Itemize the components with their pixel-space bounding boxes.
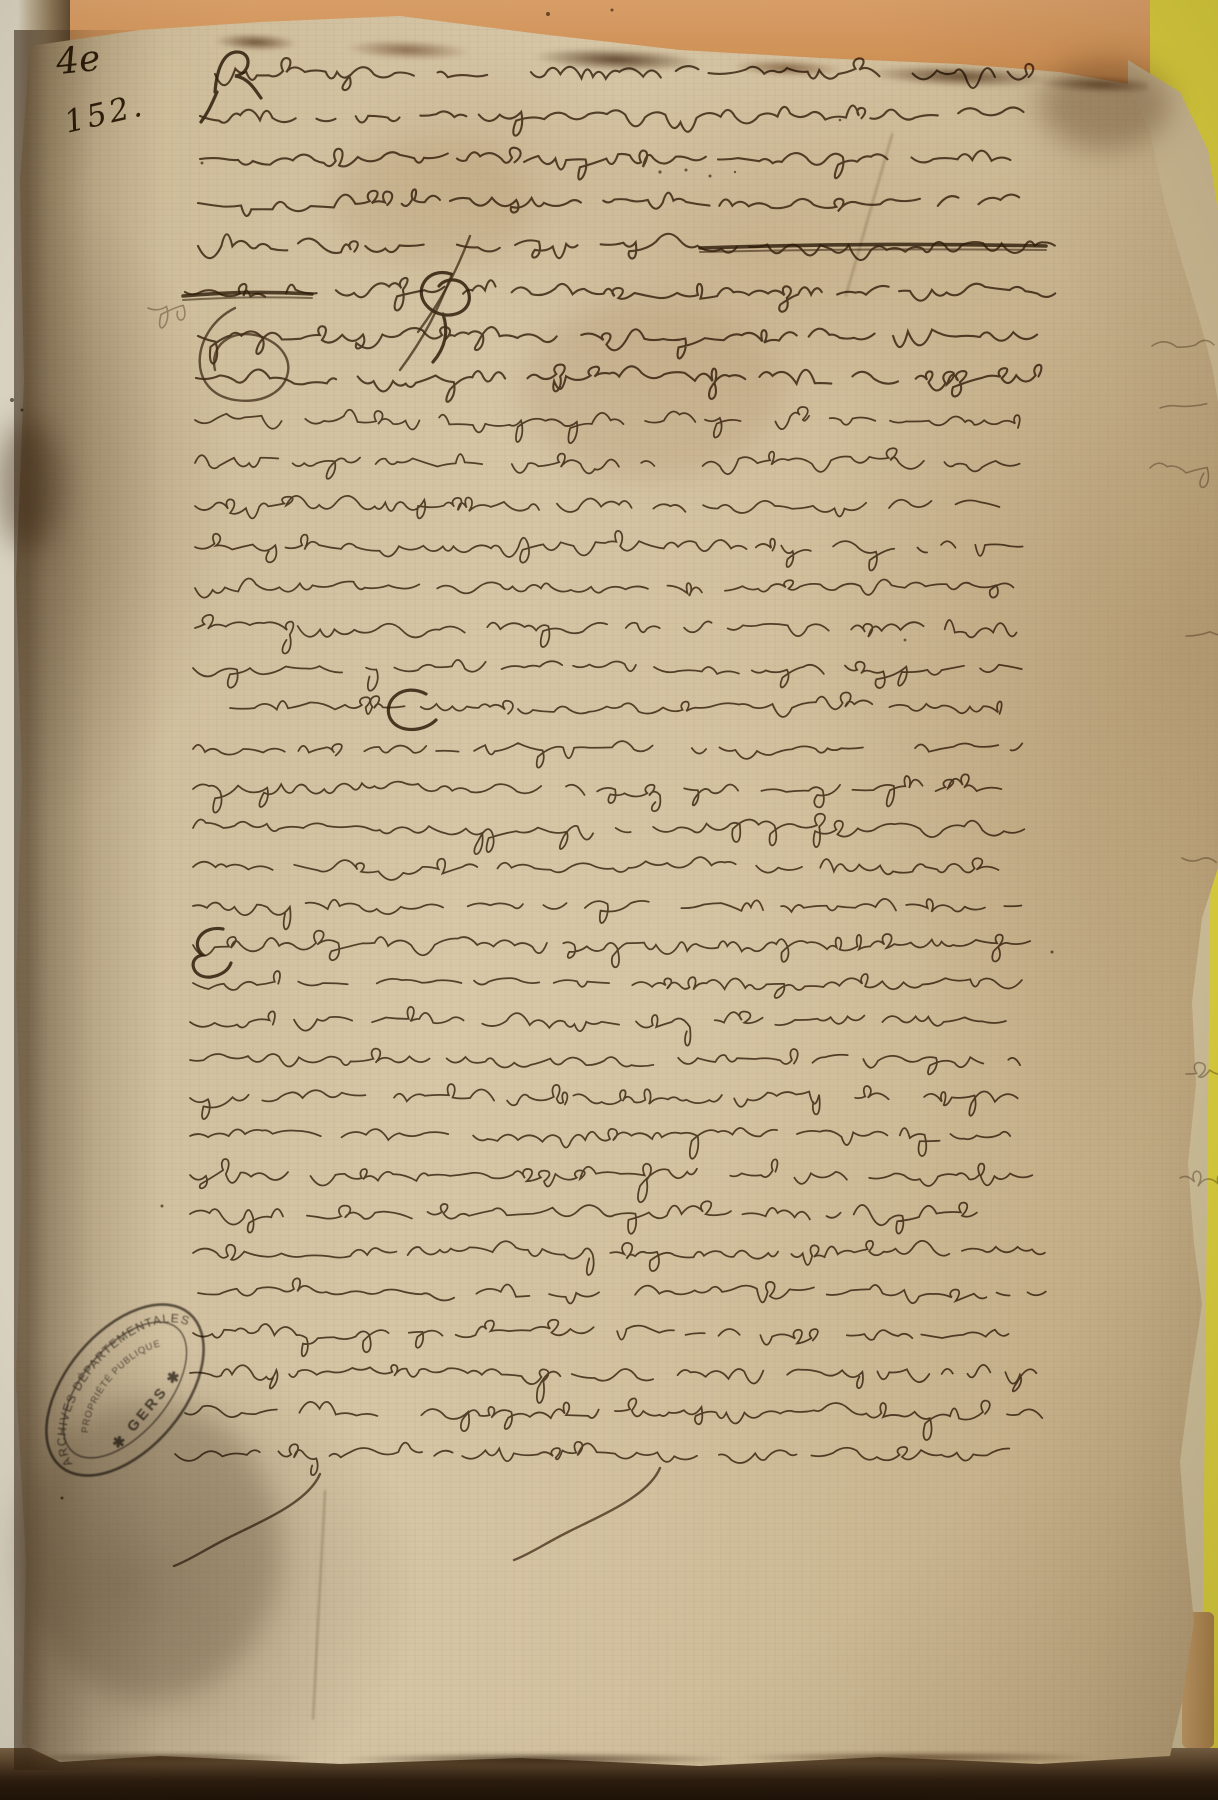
manuscript-photo: ARCHIVES DÉPARTEMENTALESPROPRIÉTÉ PUBLIQ… — [0, 0, 1218, 1800]
quire-mark: 4e — [54, 38, 102, 83]
handwritten-text-lines — [0, 0, 1218, 1800]
